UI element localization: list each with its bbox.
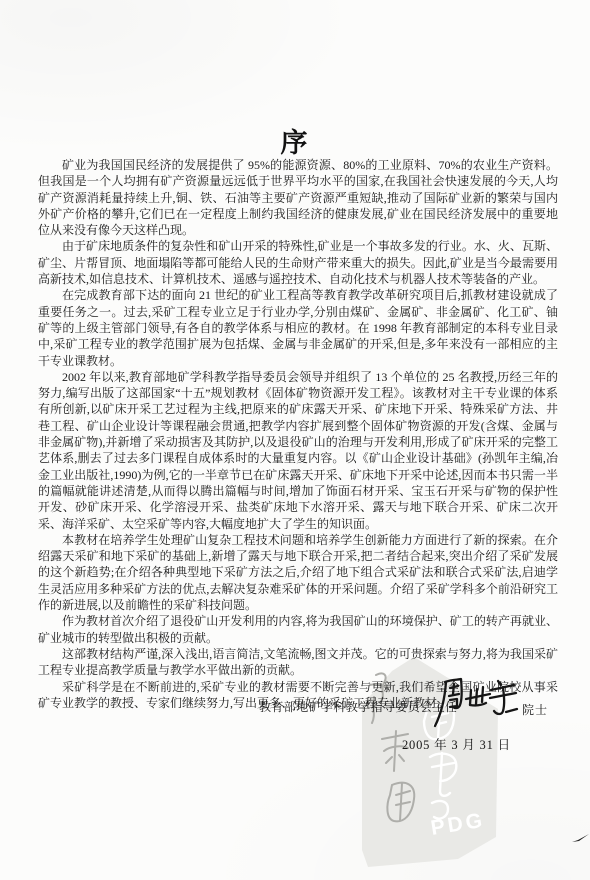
preface-paragraph: 本教材在培养学生处理矿山复杂工程技术问题和培养学生创新能力方面进行了新的探索。在… [38, 532, 558, 613]
signature-date: 2005 年 3 月 31 日 [402, 735, 511, 753]
signature-honorific-label: 院士 [522, 701, 548, 718]
preface-paragraph: 2002 年以来,教育部地矿学科教学指导委员会领导并组织了 13 个单位的 25… [38, 369, 558, 532]
scanned-book-page: { "page": { "title": "序", "paragraphs": … [0, 0, 590, 880]
preface-paragraph: 在完成教育部下达的面向 21 世纪的矿业工程高等教育教学改革研究项目后,抓教材建… [38, 287, 558, 368]
page-title: 序 [0, 121, 590, 160]
page-content: 序 矿业为我国国民经济的发展提供了 95%的能源资源、80%的工业原料、70%的… [0, 0, 590, 880]
preface-paragraph: 由于矿床地质条件的复杂性和矿山开采的特殊性,矿业是一个事故多发的行业。水、火、瓦… [38, 238, 558, 287]
signature-affiliation-label: 教育部地矿学科教学指导委员会主任 [259, 698, 457, 715]
preface-body: 矿业为我国国民经济的发展提供了 95%的能源资源、80%的工业原料、70%的农业… [38, 157, 558, 711]
preface-paragraph: 矿业为我国国民经济的发展提供了 95%的能源资源、80%的工业原料、70%的农业… [38, 157, 558, 238]
signature-handwriting [430, 666, 534, 744]
preface-paragraph: 作为教材首次介绍了退役矿山开发利用的内容,将为我国矿山的环境保护、矿工的转产再就… [38, 613, 558, 646]
scan-artifact-mark [570, 830, 590, 846]
